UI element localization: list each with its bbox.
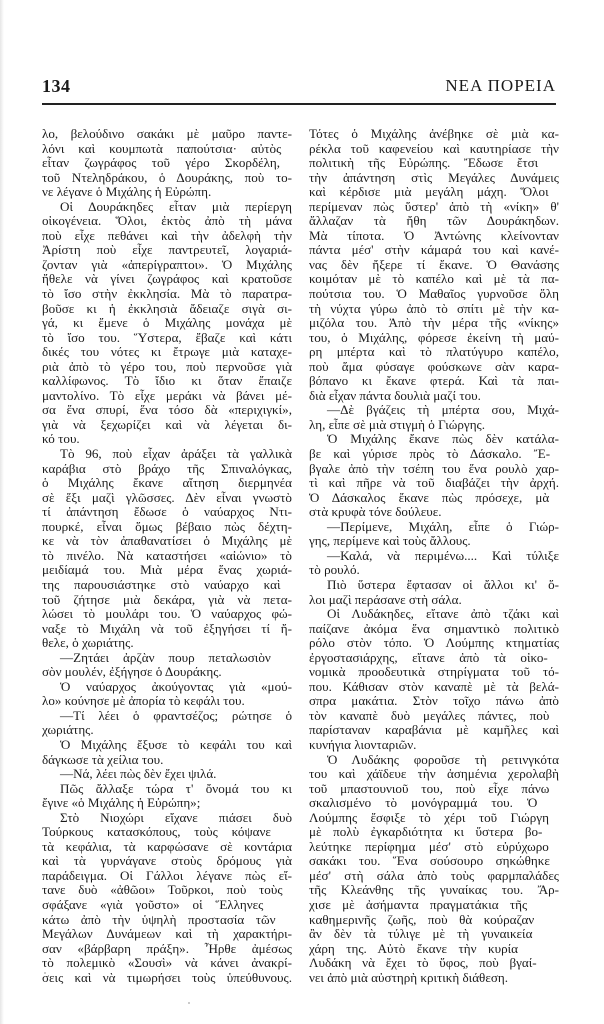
text-line: τί ἀπάντηση ἔδωσε ὁ ναύαρχος Ντι- <box>42 505 292 520</box>
text-line: τὸν καναπὲ δυὸ μεγάλες πάντες, ποὺ <box>309 709 559 724</box>
text-line: σκαλισμένο τὸ μονόγραμμά του. Ὁ <box>309 796 559 811</box>
text-line: —Περίμενε, Μιχάλη, εἶπε ὁ Γιώρ- <box>309 520 559 535</box>
text-line: παίζανε ἀκόμα ἕνα σημαντικὸ πολιτικὸ <box>309 622 559 637</box>
text-line: ρόλο στὸν τόπο. Ὁ Λούμπης κτηματίας <box>309 636 559 651</box>
text-line: τὸ ἴσο του. Ὕστερα, ἔβαζε καὶ κάτι <box>42 331 292 346</box>
text-line: τὴν ἀπάντηση στὶς Μεγάλες Δυνάμεις <box>309 171 559 186</box>
text-line: χωριάτης. <box>42 723 292 738</box>
text-line: ρέκλα τοῦ καφενείου καὶ καυτηρίασε τὴν <box>309 142 559 157</box>
text-line: παράδειγμα. Οἱ Γάλλοι λέγανε πὼς εἴ- <box>42 869 292 884</box>
text-line: ἤθελε νὰ γίνει ζωγράφος καὶ κρατοῦσε <box>42 272 292 287</box>
text-line: καὶ κέρδισε μιὰ μεγάλη μάχη. Ὅλοι <box>309 185 559 200</box>
header-rule <box>42 103 556 105</box>
text-line: λώσει τὸ μουλάρι του. Ὁ ναύαρχος φώ- <box>42 607 292 622</box>
journal-title: ΝΕΑ ΠΟΡΕΙΑ <box>445 76 556 96</box>
text-line: σὲ ἕξι μαζὶ γλῶσσες. Δὲν εἶναι γνωστὸ <box>42 491 292 506</box>
text-line: τὸ πινέλο. Νὰ καταστήσει «αἰώνιο» τὸ <box>42 549 292 564</box>
text-line: της παρουσιάστηκε στὸ ναύαρχο καὶ <box>42 578 292 593</box>
text-line: μὲ πολὺ ἐγκαρδιότητα κι ὕστερα βο- <box>309 825 559 840</box>
text-line: Τὸ 96, ποὺ εἶχαν ἀράξει τὰ γαλλικὰ <box>42 447 292 462</box>
page-edge <box>0 0 4 1024</box>
text-line: Ὁ Δάσκαλος ἔκανε πὼς πρόσεχε, μὰ <box>309 491 559 506</box>
text-line: τὶ καὶ πῆρε νὰ τοῦ διαβάζει τὴν ἀρχή. <box>309 476 559 491</box>
text-line: θελε, ὁ χωριάτης. <box>42 636 292 651</box>
text-line: πολιτικὴ τῆς Εὐρώπης. Ἔδωσε ἔτσι <box>309 156 559 171</box>
text-line: τοῦ ζήτησε μιὰ δεκάρα, γιὰ νὰ πετα- <box>42 593 292 608</box>
left-column: λο, βελούδινο σακάκι μὲ μαῦρο παντε-λόνι… <box>42 127 292 985</box>
text-line: ποὺ ἅμα φύσαγε φούσκωνε σὰν καρα- <box>309 360 559 375</box>
text-line: ποὺ εἶχε πεθάνει καὶ τὴν ἀδελφὴ τὴν <box>42 229 292 244</box>
text-line: τὸ ἴσο στὴν ἐκκλησία. Μὰ τὸ παρατρα- <box>42 287 292 302</box>
page-number: 134 <box>42 76 71 97</box>
text-line: Ὁ Μιχάλης ἔξυσε τὸ κεφάλι του καὶ <box>42 738 292 753</box>
text-line: καλλίφωνος. Τὸ ἴδιο κι ὅταν ἔπαιζε <box>42 374 292 389</box>
text-line: τὰ κεφάλια, τὰ καρφώσανε σὲ κοντάρια <box>42 840 292 855</box>
text-line: βε καὶ γύρισε πρὸς τὸ Δάσκαλο. Ἔ- <box>309 447 559 462</box>
text-line: Ὁ Λυδάκης φοροῦσε τὴ ρετινγκότα <box>309 753 559 768</box>
text-line: βγαλε ἀπὸ τὴν τσέπη του ἕνα ρουλὸ χαρ- <box>309 462 559 477</box>
text-line: χισε μὲ ἀσήμαντα πραγματάκια τῆς <box>309 898 559 913</box>
text-line: πάντα μέσ' στὴν κάμαρά του καὶ κανέ- <box>309 243 559 258</box>
text-line: ἐργοστασιάρχης, εἴτανε ἀπὸ τὰ οἰκο- <box>309 651 559 666</box>
right-column: Τότες ὁ Μιχάλης ἀνέβηκε σὲ μιὰ κα-ρέκλα … <box>309 127 559 985</box>
text-line: ἔγινε «ὁ Μιχάλης ἡ Εὐρώπη»; <box>42 796 292 811</box>
text-line: βοῦσε κι ἡ ἐκκλησιὰ ἄδειαζε σιγὰ σι- <box>42 302 292 317</box>
text-line: —Νά, λέει πὼς δὲν ἔχει ψιλά. <box>42 767 292 782</box>
text-line: ζονταν γιὰ «ἀπερίγραπτοι». Ὁ Μιχάλης <box>42 258 292 273</box>
text-line: παρίσταναν καραβάνια μὲ καμῆλες καὶ <box>309 723 559 738</box>
text-line: τῆς Κλεάνθης τῆς γυναίκας του. Ἄρ- <box>309 883 559 898</box>
text-line: λο» κούνησε μὲ ἀπορία τὸ κεφάλι του. <box>42 694 292 709</box>
page-header: 134 ΝΕΑ ΠΟΡΕΙΑ <box>42 76 556 98</box>
text-line: δάγκωσε τὰ χείλια του. <box>42 753 292 768</box>
text-line: Μεγάλων Δυνάμεων καὶ τὴ χαρακτήρι- <box>42 927 292 942</box>
text-line: —Καλά, νὰ περιμένω.... Καὶ τύλιξε <box>309 549 559 564</box>
text-line: νομικὰ προοδευτικὰ στηρίγματα τοῦ τό- <box>309 665 559 680</box>
text-line: που. Κάθισαν στὸν καναπὲ μὲ τὰ βελά- <box>309 680 559 695</box>
text-line: τοῦ μπαστουνιοῦ του, ποὺ εἶχε πάνω <box>309 782 559 797</box>
text-line: σαν «βάρβαρη πράξη». Ἦρθε ἀμέσως <box>42 942 292 957</box>
scan-speckle <box>44 972 46 974</box>
text-line: μέσ' στὴ σάλα ἀπὸ τοὺς φαρμπαλάδες <box>309 869 559 884</box>
text-line: τὸ πολεμικὸ «Σουσὶ» νὰ κάνει ἀνακρί- <box>42 956 292 971</box>
text-line: λεύτηκε περίφημα μέσ' στὸ εὐρύχωρο <box>309 840 559 855</box>
text-line: Οἱ Δουράκηδες εἶταν μιὰ περίεργη <box>42 200 292 215</box>
text-line: Ὁ Μιχάλης ἔκανε πὼς δὲν κατάλα- <box>309 432 559 447</box>
text-line: ναξε τὸ Μιχάλη νὰ τοῦ ἐξηγήσει τί ἤ- <box>42 622 292 637</box>
text-line: λη, εἶπε σὲ μιὰ στιγμὴ ὁ Γιώργης. <box>309 418 559 433</box>
text-line: οἰκογένεια. Ὅλοι, ἐκτὸς ἀπὸ τὴ μάνα <box>42 214 292 229</box>
text-line: καθημερινῆς ζωῆς, ποὺ θὰ κούραζαν <box>309 913 559 928</box>
text-line: Ἀρίστη ποὺ εἶχε παντρευτεῖ, λογαριά- <box>42 243 292 258</box>
text-line: Λυδάκη νὰ ἔχει τὸ ὕφος, ποὺ βγαί- <box>309 956 559 971</box>
text-line: σὸν μουλέν, ἐξήγησε ὁ Δουράκης. <box>42 665 292 680</box>
text-line: μαντολίνο. Τὸ εἶχε μεράκι νὰ βάνει μέ- <box>42 389 292 404</box>
text-line: κοιμόταν μὲ τὸ καπέλο καὶ μὲ τὰ πα- <box>309 272 559 287</box>
text-line: Λούμπης ἔσφιξε τὸ χέρι τοῦ Γιώργη <box>309 811 559 826</box>
text-line: Πιὸ ὕστερα ἔφτασαν οἱ ἄλλοι κι' ὅ- <box>309 578 559 593</box>
text-line: μιζόλα του. Ἀπὸ τὴν μέρα τῆς «νίκης» <box>309 316 559 331</box>
text-line: —Δὲ βγάζεις τὴ μπέρτα σου, Μιχά- <box>309 403 559 418</box>
text-line: —Τί λέει ὁ φραντσέζος; ρώτησε ὁ <box>42 709 292 724</box>
text-line: δικές του νότες κι ἔτρωγε μιὰ καταχε- <box>42 345 292 360</box>
text-line: κάτω ἀπὸ τὴν ὑψηλὴ προστασία τῶν <box>42 913 292 928</box>
text-line: Τότες ὁ Μιχάλης ἀνέβηκε σὲ μιὰ κα- <box>309 127 559 142</box>
scan-speckle <box>188 1002 190 1004</box>
text-line: πουρκέ, εἶναι ὅμως βέβαιο πὼς δέχτη- <box>42 520 292 535</box>
text-line: σεις καὶ νὰ τιμωρήσει τοὺς ὑπεύθυνους. <box>42 971 292 986</box>
text-line: πούτσια του. Ὁ Μαθαῖος γυρνοῦσε ὅλη <box>309 287 559 302</box>
text-line: του, ὁ Μιχάλης, φόρεσε ἐκείνη τὴ μαύ- <box>309 331 559 346</box>
text-line: ριὰ ἀπὸ τὸ γέρο του, ποὺ περνοῦσε γιὰ <box>42 360 292 375</box>
text-line: περίμεναν πὼς ὕστερ' ἀπὸ τὴ «νίκη» θ' <box>309 200 559 215</box>
text-line: σφάξανε «γιὰ γοῦστο» οἱ Ἕλληνες <box>42 898 292 913</box>
text-line: νας δὲν ἤξερε τί ἔκανε. Ὁ Θανάσης <box>309 258 559 273</box>
text-line: σπρα μακάτια. Στὸν τοῖχο πάνω ἀπὸ <box>309 694 559 709</box>
text-line: ἂν δὲν τὰ τύλιγε μὲ τὴ γυναικεία <box>309 927 559 942</box>
text-line: του καὶ χάϊδευε τὴν ἀσημένια χερολαβὴ <box>309 767 559 782</box>
text-line: σα ἕνα σπυρί, ἕνα τόσο δὰ «περιχιγκί», <box>42 403 292 418</box>
text-line: Μὰ τίποτα. Ὁ Ἀντώνης κλείνονταν <box>309 229 559 244</box>
text-line: Στὸ Νιοχώρι εἴχανε πιάσει δυὸ <box>42 811 292 826</box>
text-line: σακάκι του. Ἕνα σούσουρο σηκώθηκε <box>309 854 559 869</box>
text-line: στὰ κρυφὰ τόνε δούλευε. <box>309 505 559 520</box>
text-line: —Ζητάει ἀρζὰν πουρ πεταλωσιὸν <box>42 651 292 666</box>
text-line: τοῦ Ντεληδράκου, ὁ Δουράκης, ποὺ το- <box>42 171 292 186</box>
text-line: λοι μαζὶ περάσανε στὴ σάλα. <box>309 593 559 608</box>
text-line: νε λέγανε ὁ Μιχάλης ἡ Εὐρώπη. <box>42 185 292 200</box>
text-line: ἄλλαζαν τὰ ἤθη τῶν Δουράκηδων. <box>309 214 559 229</box>
text-line: καράβια στὸ βράχο τῆς Σπιναλόγκας, <box>42 462 292 477</box>
text-line: νει ἀπὸ μιὰ αὐστηρὴ κριτικὴ διάθεση. <box>309 971 559 986</box>
text-line: Ὁ ναύαρχος ἀκούγοντας γιὰ «μού- <box>42 680 292 695</box>
text-line: Τούρκους κατασκόπους, τοὺς κόψανε <box>42 825 292 840</box>
text-line: ρη μπέρτα καὶ τὸ πλατύγυρο καπέλο, <box>309 345 559 360</box>
text-line: κυνήγια λιονταριῶν. <box>309 738 559 753</box>
text-line: διὰ εἶχαν πάντα δουλιὰ μαζί του. <box>309 389 559 404</box>
text-line: μειδίαμά του. Μιὰ μέρα ἕνας χωριά- <box>42 563 292 578</box>
text-line: εἶταν ζωγράφος τοῦ γέρο Σκορδέλη, <box>42 156 292 171</box>
text-line: κό του. <box>42 432 292 447</box>
text-line: χάρη της. Αὐτὸ ἔκανε τὴν κυρία <box>309 942 559 957</box>
text-line: κε νὰ τὸν ἀπαθανατίσει ὁ Μιχάλης μὲ <box>42 534 292 549</box>
text-line: καὶ τὰ γυρνάγανε στοὺς δρόμους γιὰ <box>42 854 292 869</box>
scan-speckle <box>48 428 50 430</box>
text-line: λόνι καὶ κουμπωτὰ παπούτσια· αὐτὸς <box>42 142 292 157</box>
text-line: γά, κι ἔμενε ὁ Μιχάλης μονάχα μὲ <box>42 316 292 331</box>
text-line: ὁ Μιχάλης ἔκανε αἴτηση διερμηνέα <box>42 476 292 491</box>
text-line: τανε δυὸ «ἀθῶοι» Τοῦρκοι, ποὺ τοὺς <box>42 883 292 898</box>
text-line: λο, βελούδινο σακάκι μὲ μαῦρο παντε- <box>42 127 292 142</box>
text-line: γης, περίμενε καὶ τοὺς ἄλλους. <box>309 534 559 549</box>
text-line: γιὰ νὰ ξεχωρίζει καὶ νὰ λέγεται δι- <box>42 418 292 433</box>
text-line: βόπανο κι ἔκανε φτερά. Καὶ τὰ παι- <box>309 374 559 389</box>
text-line: Οἱ Λυδάκηδες, εἴτανε ἀπὸ τζάκι καὶ <box>309 607 559 622</box>
text-line: Πῶς ἄλλαξε τώρα τ' ὄνομά του κι <box>42 782 292 797</box>
text-line: τὸ ρουλό. <box>309 563 559 578</box>
text-line: τὴ νύχτα γύρω ἀπὸ τὸ σπίτι μὲ τὴν κα- <box>309 302 559 317</box>
